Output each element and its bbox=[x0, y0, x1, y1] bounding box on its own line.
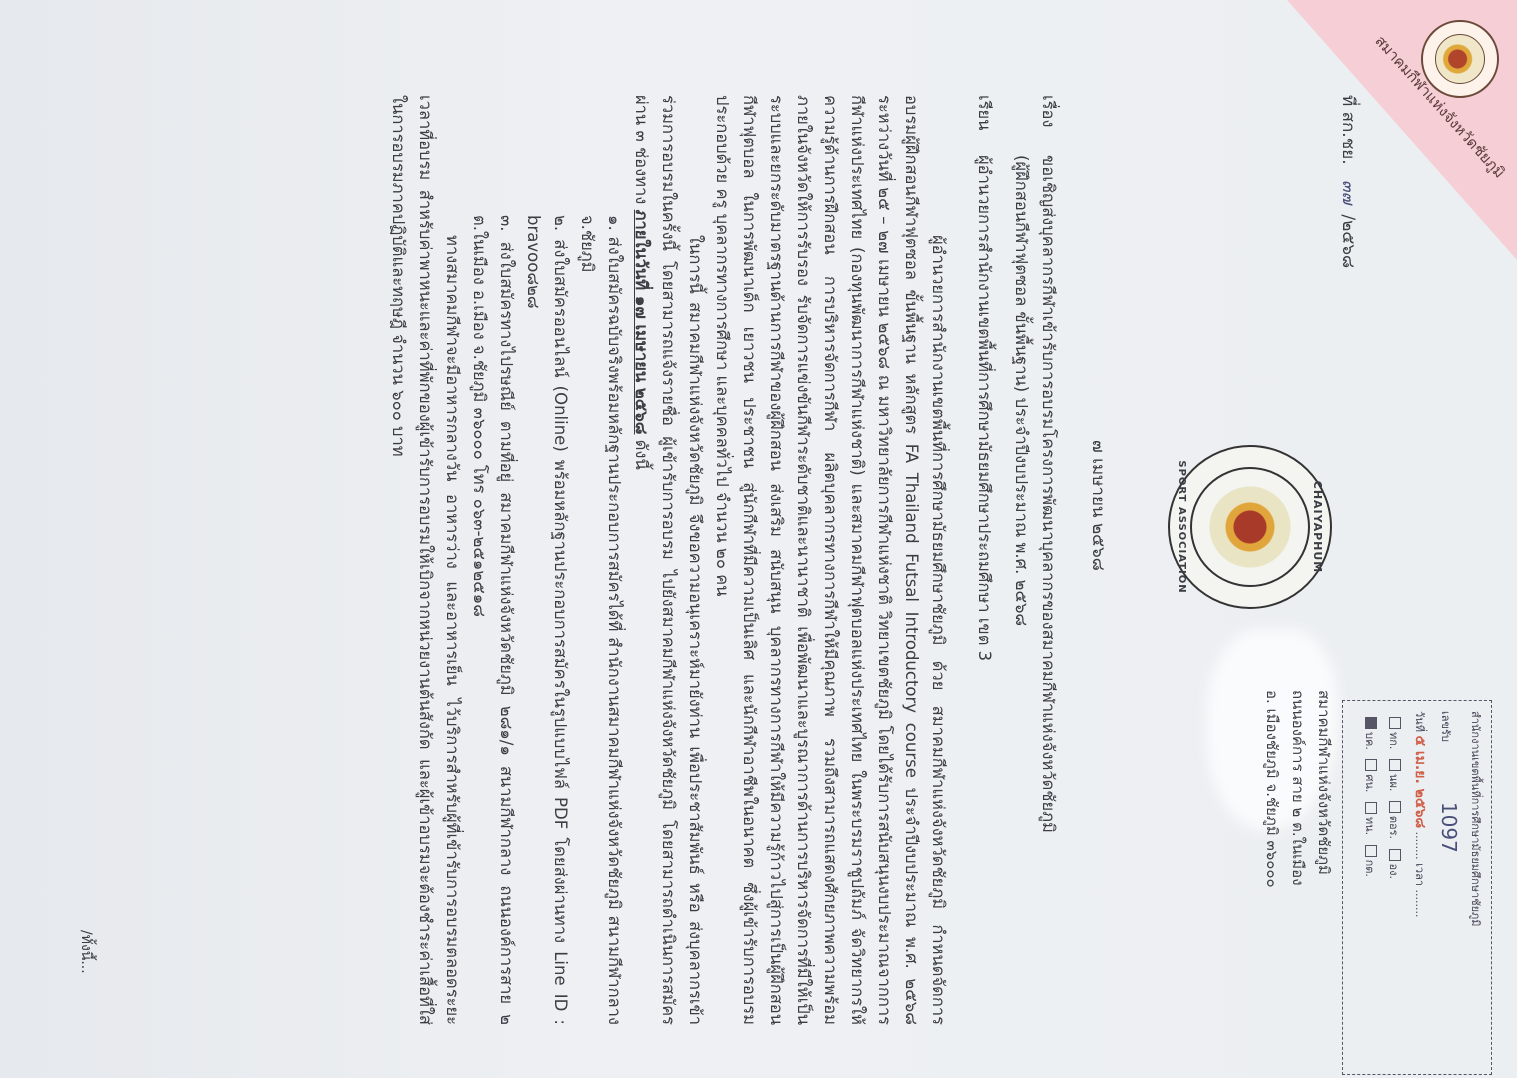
sender-address: สมาคมกีฬาแห่งจังหวัดชัยภูมิ ถนนองค์การ ส… bbox=[1259, 690, 1337, 888]
letter-body: ผู้อำนวยการสำนักงานเขตพื้นที่การศึกษามัธ… bbox=[385, 95, 952, 1025]
paragraph-2: ในการนี้ สมาคมกีฬาแห่งจังหวัดชัยภูมิ จึง… bbox=[628, 95, 709, 1025]
list-item: ๒. ส่งใบสมัครออนไลน์ (Online) พร้อมหลักฐ… bbox=[520, 95, 574, 1025]
paragraph-1: ผู้อำนวยการสำนักงานเขตพื้นที่การศึกษามัธ… bbox=[709, 95, 952, 1025]
subject-block: เรื่องขอเชิญส่งบุคลากรกีฬาเข้ารับการอบรม… bbox=[971, 95, 1062, 995]
chaiyaphum-sport-association-logo: CHAIYAPHUM SPORT ASSOCIATION bbox=[1168, 445, 1332, 609]
checkbox-checked-icon bbox=[1365, 717, 1377, 729]
stamp-options: ทก. นผ. ตอร. อง. bbox=[1385, 711, 1403, 1064]
letterhead-corner: สมาคมกีฬาแห่งจังหวัดชัยภูมิ bbox=[1287, 0, 1517, 260]
list-item: ๓. ส่งใบสมัครทางไปรษณีย์ ตามที่อยู่ สมาค… bbox=[466, 95, 520, 1025]
letter-date: ๗ เมษายน ๒๕๖๘ bbox=[1085, 440, 1112, 571]
continuation-marker: /ทั้งนี้... bbox=[75, 930, 97, 974]
reference-number: ที่ สก.ชย. ๓๗/๒๕๖๘ bbox=[1335, 95, 1362, 268]
paragraph-3: ทางสมาคมกีฬาจะมีอาหารกลางวัน อาหารว่าง แ… bbox=[385, 95, 466, 1025]
list-item: ๑. ส่งใบสมัครฉบับจริงพร้อมหลักฐานประกอบก… bbox=[574, 95, 628, 1025]
letter-page: สมาคมกีฬาแห่งจังหวัดชัยภูมิ ที่ สก.ชย. ๓… bbox=[0, 0, 1517, 1078]
receipt-stamp: สำนักงานเขตพื้นที่การศึกษามัธยมศึกษาชัยภ… bbox=[1342, 700, 1492, 1075]
scanned-document: สมาคมกีฬาแห่งจังหวัดชัยภูมิ ที่ สก.ชย. ๓… bbox=[0, 0, 1517, 1078]
